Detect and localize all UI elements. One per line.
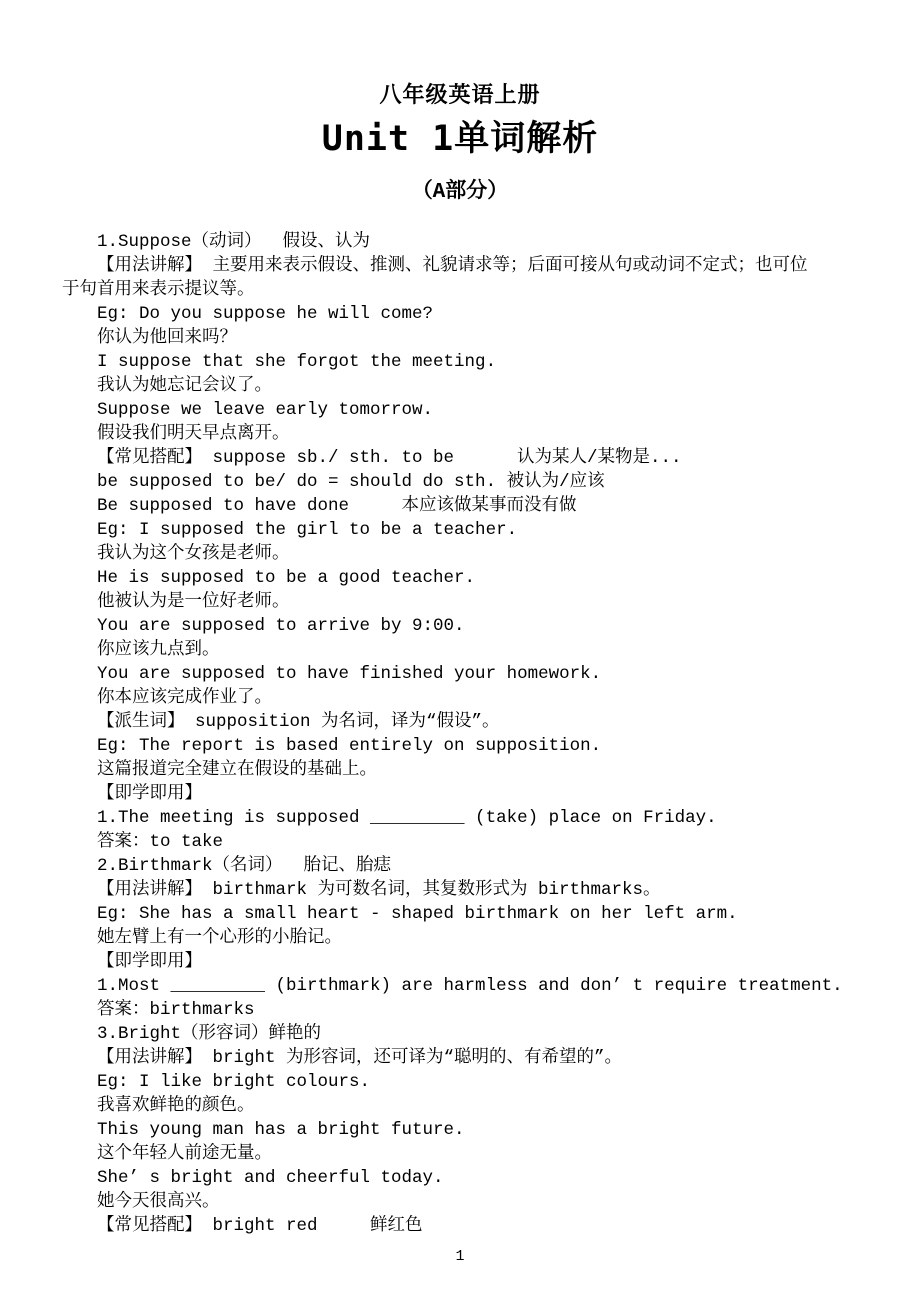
doc-line: Eg: The report is based entirely on supp… — [62, 734, 862, 758]
doc-line: 于句首用来表示提议等。 — [62, 278, 862, 302]
doc-line: Suppose we leave early tomorrow. — [62, 398, 862, 422]
doc-line: 我认为她忘记会议了。 — [62, 374, 862, 398]
unit-title: Unit 1单词解析 — [0, 118, 920, 160]
doc-line: Eg: I like bright colours. — [62, 1070, 862, 1094]
section-subtitle: （A部分） — [0, 180, 920, 206]
doc-line: You are supposed to arrive by 9:00. — [62, 614, 862, 638]
doc-line: 这篇报道完全建立在假设的基础上。 — [62, 758, 862, 782]
doc-line: 1.The meeting is supposed _________ (tak… — [62, 806, 862, 830]
doc-line: 这个年轻人前途无量。 — [62, 1142, 862, 1166]
doc-line: 【用法讲解】 birthmark 为可数名词，其复数形式为 birthmarks… — [62, 878, 862, 902]
doc-line: 【即学即用】 — [62, 950, 862, 974]
doc-line: I suppose that she forgot the meeting. — [62, 350, 862, 374]
course-title: 八年级英语上册 — [0, 82, 920, 108]
doc-line: 【用法讲解】 bright 为形容词，还可译为“聪明的、有希望的”。 — [62, 1046, 862, 1070]
doc-line: 我认为这个女孩是老师。 — [62, 542, 862, 566]
doc-line: Eg: She has a small heart - shaped birth… — [62, 902, 862, 926]
doc-line: She’ s bright and cheerful today. — [62, 1166, 862, 1190]
doc-line: 你应该九点到。 — [62, 638, 862, 662]
doc-line: 3.Bright（形容词）鲜艳的 — [62, 1022, 862, 1046]
doc-line: Be supposed to have done 本应该做某事而没有做 — [62, 494, 862, 518]
doc-line: 他被认为是一位好老师。 — [62, 590, 862, 614]
doc-line: 我喜欢鲜艳的颜色。 — [62, 1094, 862, 1118]
doc-line: 答案：to take — [62, 830, 862, 854]
doc-line: 【用法讲解】 主要用来表示假设、推测、礼貌请求等；后面可接从句或动词不定式；也可… — [62, 254, 862, 278]
doc-line: 你本应该完成作业了。 — [62, 686, 862, 710]
doc-line: 1.Suppose（动词） 假设、认为 — [62, 230, 862, 254]
doc-line: be supposed to be/ do = should do sth. 被… — [62, 470, 862, 494]
doc-line: 【常见搭配】 bright red 鲜红色 — [62, 1214, 862, 1238]
doc-line: Eg: Do you suppose he will come? — [62, 302, 862, 326]
doc-line: 你认为他回来吗？ — [62, 326, 862, 350]
doc-line: 1.Most _________ (birthmark) are harmles… — [62, 974, 862, 998]
doc-line: 【常见搭配】 suppose sb./ sth. to be 认为某人/某物是.… — [62, 446, 862, 470]
doc-line: Eg: I supposed the girl to be a teacher. — [62, 518, 862, 542]
doc-line: He is supposed to be a good teacher. — [62, 566, 862, 590]
doc-line: This young man has a bright future. — [62, 1118, 862, 1142]
doc-line: 【派生词】 supposition 为名词，译为“假设”。 — [62, 710, 862, 734]
document-page: 八年级英语上册 Unit 1单词解析 （A部分） 1.Suppose（动词） 假… — [0, 0, 920, 1302]
doc-line: 她左臂上有一个心形的小胎记。 — [62, 926, 862, 950]
document-body: 1.Suppose（动词） 假设、认为【用法讲解】 主要用来表示假设、推测、礼貌… — [62, 230, 862, 1238]
doc-line: You are supposed to have finished your h… — [62, 662, 862, 686]
doc-line: 2.Birthmark（名词） 胎记、胎痣 — [62, 854, 862, 878]
doc-line: 她今天很高兴。 — [62, 1190, 862, 1214]
page-number: 1 — [0, 1248, 920, 1266]
doc-line: 假设我们明天早点离开。 — [62, 422, 862, 446]
doc-line: 答案：birthmarks — [62, 998, 862, 1022]
doc-line: 【即学即用】 — [62, 782, 862, 806]
